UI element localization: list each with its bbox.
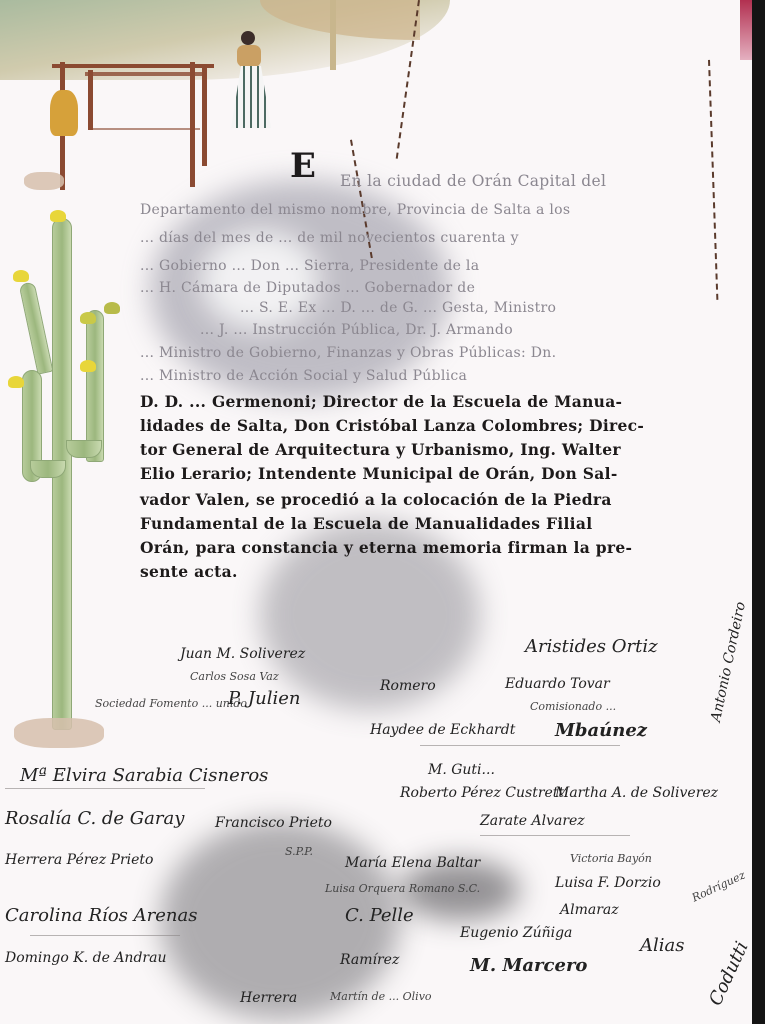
flower-icon: [13, 270, 29, 282]
signature: Eduardo Tovar: [505, 676, 610, 692]
signature: M. Guti...: [428, 762, 495, 778]
signature-line: [480, 835, 630, 836]
signature: Codutti: [705, 938, 752, 1008]
signature-line: [30, 935, 180, 936]
signature-line: [5, 788, 205, 789]
signature: Haydee de Eckhardt: [370, 722, 515, 738]
signature: Mbaúnez: [555, 720, 647, 741]
flower-icon: [8, 376, 24, 388]
signature: P. Julien: [228, 688, 300, 709]
text-line: ... Gobierno ... Don ... Sierra, Preside…: [140, 258, 479, 274]
text-line: tor General de Arquitectura y Urbanismo,…: [140, 440, 621, 459]
signature: Alias: [640, 935, 684, 956]
flower-icon: [80, 360, 96, 372]
signature: María Elena Baltar: [345, 855, 480, 871]
signature: Eugenio Zúñiga: [460, 925, 572, 941]
flower-icon: [50, 210, 66, 222]
signature: Romero: [380, 678, 436, 694]
text-line: lidades de Salta, Don Cristóbal Lanza Co…: [140, 416, 644, 435]
text-line: Fundamental de la Escuela de Manualidade…: [140, 514, 592, 533]
signature: Luisa Orquera Romano S.C.: [325, 882, 480, 895]
text-line: ... Ministro de Gobierno, Finanzas y Obr…: [140, 345, 556, 361]
signature-line: [420, 745, 620, 746]
signature: Carolina Ríos Arenas: [5, 905, 197, 926]
rock-illustration: [24, 172, 64, 190]
text-line: ... Ministro de Acción Social y Salud Pú…: [140, 368, 467, 384]
signature: Domingo K. de Andrau: [5, 950, 166, 966]
signature: Roberto Pérez Custretti: [400, 785, 569, 801]
text-line: Elio Lerario; Intendente Municipal de Or…: [140, 464, 618, 483]
paper-tear: [708, 60, 718, 300]
text-line: En la ciudad de Orán Capital del: [340, 172, 606, 190]
text-line: vador Valen, se procedió a la colocación…: [140, 490, 612, 509]
text-line: ... J. ... Instrucción Pública, Dr. J. A…: [200, 322, 513, 338]
flower-icon: [80, 312, 96, 324]
signature: Juan M. Soliverez: [180, 646, 305, 662]
signature: Rodríguez: [690, 869, 747, 905]
seated-weaver-illustration: [50, 90, 78, 136]
signature: Francisco Prieto: [215, 815, 332, 831]
initial-capital: E: [290, 146, 316, 186]
scan-edge: [752, 0, 765, 1024]
signature: Carlos Sosa Vaz: [190, 670, 279, 683]
flower-icon: [104, 302, 120, 314]
signature: Aristides Ortiz: [525, 636, 658, 657]
signature: Martha A. de Soliverez: [555, 785, 718, 801]
text-line: D. D. ... Germenoni; Director de la Escu…: [140, 392, 622, 411]
signature: Martín de ... Olivo: [330, 990, 432, 1003]
signature: S.P.P.: [285, 845, 313, 858]
signature: Mª Elvira Sarabia Cisneros: [20, 765, 268, 786]
signature: Antonio Cordeiro: [708, 600, 749, 723]
signature: M. Marcero: [470, 955, 587, 976]
text-line: Orán, para constancia y eterna memoria f…: [140, 538, 632, 557]
signature: Rosalía C. de Garay: [5, 808, 184, 829]
tree-illustration: [330, 0, 336, 70]
document-page: E En la ciudad de Orán Capital del Depar…: [0, 0, 752, 1024]
signature: Herrera Pérez Prieto: [5, 852, 153, 868]
signature: Luisa F. Dorzio: [555, 875, 661, 891]
signature: Victoria Bayón: [570, 852, 652, 865]
signature: Almaraz: [560, 902, 619, 918]
text-line: ... H. Cámara de Diputados ... Gobernado…: [140, 280, 475, 296]
signature: Zarate Alvarez: [480, 813, 585, 829]
text-line: sente acta.: [140, 562, 238, 581]
text-line: ... días del mes de ... de mil novecient…: [140, 230, 519, 246]
text-line: Departamento del mismo nombre, Provincia…: [140, 202, 570, 218]
text-line: ... S. E. Ex ... D. ... de G. ... Gesta,…: [240, 300, 556, 316]
signature: Ramírez: [340, 952, 399, 968]
signature: Sociedad Fomento ... unido: [95, 697, 247, 710]
signature: C. Pelle: [345, 905, 414, 926]
red-border-fragment: [740, 0, 752, 60]
signature: Comisionado ...: [530, 700, 616, 713]
rock-illustration: [14, 718, 104, 748]
signature: Herrera: [240, 990, 297, 1006]
